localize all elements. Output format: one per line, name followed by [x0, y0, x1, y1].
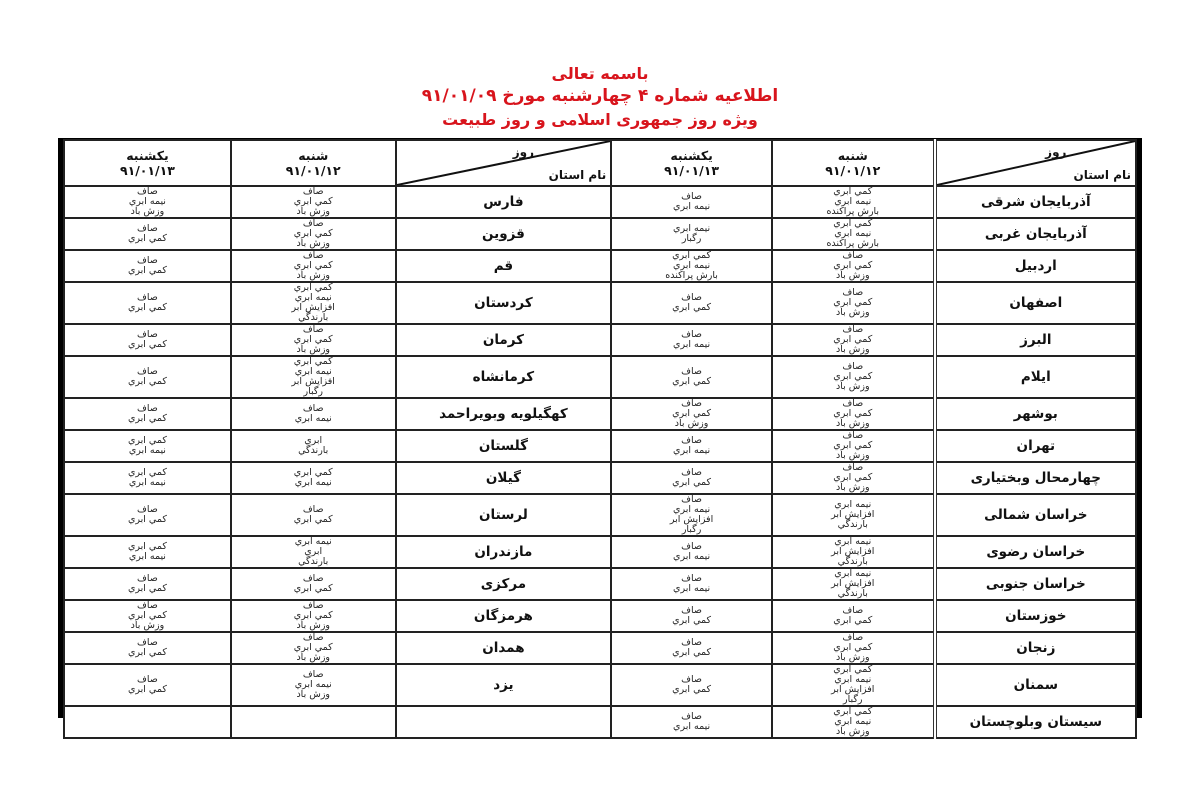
day-date: ۹۱/۰۱/۱۳	[612, 163, 771, 178]
forecast-cell-sun: صافنيمه ابري	[611, 536, 772, 568]
province-name: خوزستان	[935, 600, 1136, 632]
province-name: کرمانشاه	[396, 356, 612, 398]
table-row: سمنانكمي ابرينيمه ابريافزايش ابررگبارصاف…	[64, 664, 1136, 706]
condition-text: وزش باد	[773, 419, 933, 429]
condition-text: وزش باد	[232, 621, 395, 631]
forecast-cell-sat: نيمه ابريافزايش ابربارندگي	[772, 568, 935, 600]
condition-text: وزش باد	[65, 207, 230, 217]
condition-text: وزش باد	[232, 271, 395, 281]
day-date: ۹۱/۰۱/۱۲	[232, 163, 395, 178]
forecast-cell-sun: صافكمي ابري	[64, 218, 231, 250]
forecast-cell-sat: صافكمي ابريوزش باد	[231, 250, 396, 282]
province-name: گلستان	[396, 430, 612, 462]
forecast-grid: روزنام استانشنبه۹۱/۰۱/۱۲یکشنبه۹۱/۰۱/۱۳رو…	[63, 139, 1137, 739]
condition-text: كمي ابري	[65, 685, 230, 695]
forecast-cell-sun: كمي ابرينيمه ابري	[64, 430, 231, 462]
forecast-cell-sat: نيمه ابريابريبارندگي	[231, 536, 396, 568]
condition-text: كمي ابري	[232, 515, 395, 525]
forecast-cell-sun: صافكمي ابري	[611, 600, 772, 632]
forecast-cell-sun: صافنيمه ابري	[611, 430, 772, 462]
forecast-cell-sat: صافكمي ابريوزش باد	[772, 632, 935, 664]
forecast-cell-sun: نيمه ابريرگبار	[611, 218, 772, 250]
forecast-cell-sat: صافكمي ابريوزش باد	[772, 398, 935, 430]
forecast-cell-sun: صافكمي ابري	[64, 356, 231, 398]
province-name: یزد	[396, 664, 612, 706]
condition-text: وزش باد	[773, 483, 933, 493]
forecast-cell-sat: صافكمي ابريوزش باد	[231, 632, 396, 664]
table-row: خوزستانصافكمي ابريصافكمي ابريهرمزگانصافك…	[64, 600, 1136, 632]
forecast-cell-sun: صافنيمه ابريوزش باد	[64, 186, 231, 218]
forecast-cell-sat: كمي ابرينيمه ابريوزش باد	[772, 706, 935, 738]
forecast-cell-sat: كمي ابرينيمه ابريافزايش ابربارندگي	[231, 282, 396, 324]
condition-text: بارش پراكنده	[773, 239, 933, 249]
province-name: مازندران	[396, 536, 612, 568]
forecast-cell-sat: صافكمي ابري	[772, 600, 935, 632]
forecast-cell-sun: صافنيمه ابري	[611, 706, 772, 738]
condition-text: بارش پراكنده	[773, 207, 933, 217]
forecast-cell-sat: صافكمي ابريوزش باد	[231, 324, 396, 356]
corner-day-label: روز	[937, 145, 1135, 159]
province-name: همدان	[396, 632, 612, 664]
condition-text: بارش پراكنده	[612, 271, 771, 281]
condition-text: رگبار	[232, 387, 395, 397]
condition-text: وزش باد	[773, 653, 933, 663]
table-row: ایلامصافكمي ابريوزش بادصافكمي ابريکرمانش…	[64, 356, 1136, 398]
forecast-cell-sun: صافكمي ابري	[64, 324, 231, 356]
table-row: سیستان وبلوچستانكمي ابرينيمه ابريوزش باد…	[64, 706, 1136, 738]
day-name: یکشنبه	[612, 148, 771, 163]
forecast-cell-sat: كمي ابرينيمه ابريبارش پراكنده	[772, 186, 935, 218]
forecast-cell-sat: صافكمي ابري	[231, 494, 396, 536]
day-date: ۹۱/۰۱/۱۲	[773, 163, 933, 178]
header-occasion: ویژه روز جمهوری اسلامی و روز طبیعت	[0, 108, 1200, 131]
province-name: قزوین	[396, 218, 612, 250]
condition-text: وزش باد	[773, 308, 933, 318]
forecast-cell-sun: صافكمي ابري	[611, 356, 772, 398]
condition-text: كمي ابري	[65, 234, 230, 244]
table-row: البرزصافكمي ابريوزش بادصافنيمه ابريکرمان…	[64, 324, 1136, 356]
forecast-cell-sun: كمي ابرينيمه ابري	[64, 462, 231, 494]
province-name: زنجان	[935, 632, 1136, 664]
condition-text: كمي ابري	[612, 377, 771, 387]
province-name: خراسان جنوبی	[935, 568, 1136, 600]
condition-text: وزش باد	[232, 345, 395, 355]
table-row: زنجانصافكمي ابريوزش بادصافكمي ابريهمدانص…	[64, 632, 1136, 664]
condition-text: كمي ابري	[612, 303, 771, 313]
day-column-header: یکشنبه۹۱/۰۱/۱۳	[64, 140, 231, 186]
condition-text: وزش باد	[773, 271, 933, 281]
condition-text: بارندگي	[232, 313, 395, 323]
bulletin-header: باسمه تعالی اطلاعیه شماره ۴ چهارشنبه مور…	[0, 62, 1200, 131]
condition-text: نيمه ابري	[232, 478, 395, 488]
condition-text: بارندگي	[773, 557, 933, 567]
forecast-cell-sun: صافكمي ابري	[611, 462, 772, 494]
day-name: یکشنبه	[65, 148, 230, 163]
forecast-cell-sun: كمي ابرينيمه ابري	[64, 536, 231, 568]
forecast-cell-sun: صافنيمه ابري	[611, 568, 772, 600]
table-row: اردبیلصافكمي ابريوزش بادكمي ابرينيمه ابر…	[64, 250, 1136, 282]
forecast-cell-sun: صافكمي ابريوزش باد	[611, 398, 772, 430]
forecast-table: روزنام استانشنبه۹۱/۰۱/۱۲یکشنبه۹۱/۰۱/۱۳رو…	[58, 138, 1142, 718]
forecast-cell-sat: نيمه ابريافزايش ابربارندگي	[772, 494, 935, 536]
condition-text: كمي ابري	[65, 303, 230, 313]
forecast-cell-sat: صافكمي ابريوزش باد	[772, 250, 935, 282]
header-bulletin-number: اطلاعیه شماره ۴ چهارشنبه مورخ ۹۱/۰۱/۰۹	[0, 85, 1200, 108]
condition-text: كمي ابري	[65, 377, 230, 387]
condition-text: وزش باد	[232, 239, 395, 249]
day-column-header: شنبه۹۱/۰۱/۱۲	[231, 140, 396, 186]
corner-province-label: نام استان	[1073, 168, 1131, 182]
condition-text: نيمه ابري	[612, 446, 771, 456]
forecast-cell-sat: صافكمي ابريوزش باد	[772, 324, 935, 356]
condition-text: نيمه ابري	[612, 340, 771, 350]
condition-text: كمي ابري	[232, 584, 395, 594]
table-row: خراسان رضوینيمه ابريافزايش ابربارندگيصاف…	[64, 536, 1136, 568]
condition-text: بارندگي	[773, 520, 933, 530]
day-column-header: یکشنبه۹۱/۰۱/۱۳	[611, 140, 772, 186]
forecast-cell-sat: ابريبارندگي	[231, 430, 396, 462]
province-name: هرمزگان	[396, 600, 612, 632]
condition-text: نيمه ابري	[612, 584, 771, 594]
province-name: اصفهان	[935, 282, 1136, 324]
day-date: ۹۱/۰۱/۱۳	[65, 163, 230, 178]
condition-text: رگبار	[773, 695, 933, 705]
province-name: چهارمحال وبختیاری	[935, 462, 1136, 494]
forecast-cell-sun: صافكمي ابري	[64, 398, 231, 430]
forecast-cell-sat: كمي ابرينيمه ابري	[231, 462, 396, 494]
corner-province-label: نام استان	[549, 168, 607, 182]
corner-header-cell: روزنام استان	[396, 140, 612, 186]
table-row: بوشهرصافكمي ابريوزش بادصافكمي ابريوزش با…	[64, 398, 1136, 430]
condition-text: كمي ابري	[65, 648, 230, 658]
forecast-cell-sat: صافكمي ابريوزش باد	[772, 430, 935, 462]
province-name: گیلان	[396, 462, 612, 494]
condition-text: رگبار	[612, 234, 771, 244]
condition-text: بارندگي	[232, 557, 395, 567]
condition-text: كمي ابري	[65, 515, 230, 525]
forecast-cell-sun: كمي ابرينيمه ابريبارش پراكنده	[611, 250, 772, 282]
condition-text: نيمه ابري	[612, 202, 771, 212]
condition-text: كمي ابري	[773, 616, 933, 626]
table-row: اصفهانصافكمي ابريوزش بادصافكمي ابريکردست…	[64, 282, 1136, 324]
condition-text: وزش باد	[65, 621, 230, 631]
condition-text: كمي ابري	[65, 414, 230, 424]
province-name: کهگیلویه وبویراحمد	[396, 398, 612, 430]
forecast-cell-sat: صافكمي ابريوزش باد	[772, 282, 935, 324]
condition-text: نيمه ابري	[232, 414, 395, 424]
province-name: خراسان رضوی	[935, 536, 1136, 568]
forecast-cell-sat: صافكمي ابريوزش باد	[231, 600, 396, 632]
forecast-cell-sat: صافكمي ابريوزش باد	[772, 462, 935, 494]
forecast-cell-sat: نيمه ابريافزايش ابربارندگي	[772, 536, 935, 568]
forecast-cell-sun: صافكمي ابري	[64, 632, 231, 664]
corner-day-label: روز	[397, 145, 611, 159]
table-row: تهرانصافكمي ابريوزش بادصافنيمه ابريگلستا…	[64, 430, 1136, 462]
forecast-cell-sat: صافنيمه ابريوزش باد	[231, 664, 396, 706]
forecast-cell-sun: صافكمي ابريوزش باد	[64, 600, 231, 632]
day-name: شنبه	[232, 148, 395, 163]
table-row: چهارمحال وبختیاریصافكمي ابريوزش بادصافكم…	[64, 462, 1136, 494]
province-name	[396, 706, 612, 738]
condition-text: نيمه ابري	[65, 478, 230, 488]
condition-text: وزش باد	[773, 345, 933, 355]
forecast-cell-sun: صافكمي ابري	[64, 494, 231, 536]
forecast-cell-sat	[231, 706, 396, 738]
table-row: آذربایجان شرقیكمي ابرينيمه ابريبارش پراك…	[64, 186, 1136, 218]
condition-text: وزش باد	[612, 419, 771, 429]
condition-text: كمي ابري	[65, 340, 230, 350]
header-invocation: باسمه تعالی	[0, 62, 1200, 85]
forecast-cell-sat: صافكمي ابري	[231, 568, 396, 600]
condition-text: بارندگي	[773, 589, 933, 599]
header-row: روزنام استانشنبه۹۱/۰۱/۱۲یکشنبه۹۱/۰۱/۱۳رو…	[64, 140, 1136, 186]
day-column-header: شنبه۹۱/۰۱/۱۲	[772, 140, 935, 186]
province-name: آذربایجان شرقی	[935, 186, 1136, 218]
forecast-cell-sun: صافكمي ابري	[64, 664, 231, 706]
forecast-cell-sat: كمي ابرينيمه ابريافزايش ابررگبار	[772, 664, 935, 706]
condition-text: بارندگي	[232, 446, 395, 456]
condition-text: وزش باد	[232, 207, 395, 217]
forecast-cell-sun: صافنيمه ابري	[611, 186, 772, 218]
table-row: خراسان جنوبینيمه ابريافزايش ابربارندگيصا…	[64, 568, 1136, 600]
province-name: بوشهر	[935, 398, 1136, 430]
table-row: خراسان شمالینيمه ابريافزايش ابربارندگيصا…	[64, 494, 1136, 536]
condition-text: وزش باد	[773, 382, 933, 392]
province-name: فارس	[396, 186, 612, 218]
province-name: مرکزی	[396, 568, 612, 600]
condition-text: وزش باد	[232, 653, 395, 663]
forecast-cell-sun: صافكمي ابري	[64, 250, 231, 282]
province-name: سمنان	[935, 664, 1136, 706]
province-name: آذربایجان غربی	[935, 218, 1136, 250]
province-name: کردستان	[396, 282, 612, 324]
province-name: خراسان شمالی	[935, 494, 1136, 536]
condition-text: كمي ابري	[65, 266, 230, 276]
province-name: لرستان	[396, 494, 612, 536]
condition-text: وزش باد	[232, 690, 395, 700]
condition-text: نيمه ابري	[65, 552, 230, 562]
forecast-cell-sun	[64, 706, 231, 738]
condition-text: نيمه ابري	[612, 722, 771, 732]
condition-text: نيمه ابري	[65, 446, 230, 456]
corner-header-cell: روزنام استان	[935, 140, 1136, 186]
province-name: قم	[396, 250, 612, 282]
forecast-cell-sat: كمي ابرينيمه ابريبارش پراكنده	[772, 218, 935, 250]
forecast-cell-sat: كمي ابرينيمه ابريافزايش ابررگبار	[231, 356, 396, 398]
forecast-cell-sun: صافكمي ابري	[611, 664, 772, 706]
forecast-cell-sun: صافكمي ابري	[611, 282, 772, 324]
condition-text: وزش باد	[773, 727, 933, 737]
condition-text: كمي ابري	[612, 685, 771, 695]
forecast-cell-sat: صافكمي ابريوزش باد	[231, 186, 396, 218]
condition-text: وزش باد	[773, 451, 933, 461]
forecast-cell-sun: صافكمي ابري	[611, 632, 772, 664]
forecast-cell-sun: صافكمي ابري	[64, 282, 231, 324]
forecast-cell-sun: صافنيمه ابريافزايش ابررگبار	[611, 494, 772, 536]
forecast-cell-sat: صافكمي ابريوزش باد	[231, 218, 396, 250]
condition-text: كمي ابري	[612, 616, 771, 626]
forecast-cell-sun: صافكمي ابري	[64, 568, 231, 600]
province-name: البرز	[935, 324, 1136, 356]
province-name: سیستان وبلوچستان	[935, 706, 1136, 738]
forecast-cell-sat: صافنيمه ابري	[231, 398, 396, 430]
day-name: شنبه	[773, 148, 933, 163]
province-name: ایلام	[935, 356, 1136, 398]
province-name: اردبیل	[935, 250, 1136, 282]
forecast-cell-sat: صافكمي ابريوزش باد	[772, 356, 935, 398]
condition-text: كمي ابري	[612, 478, 771, 488]
condition-text: نيمه ابري	[612, 552, 771, 562]
table-row: آذربایجان غربیكمي ابرينيمه ابريبارش پراك…	[64, 218, 1136, 250]
forecast-cell-sun: صافنيمه ابري	[611, 324, 772, 356]
province-name: تهران	[935, 430, 1136, 462]
condition-text: كمي ابري	[65, 584, 230, 594]
condition-text: كمي ابري	[612, 648, 771, 658]
province-name: کرمان	[396, 324, 612, 356]
condition-text: رگبار	[612, 525, 771, 535]
